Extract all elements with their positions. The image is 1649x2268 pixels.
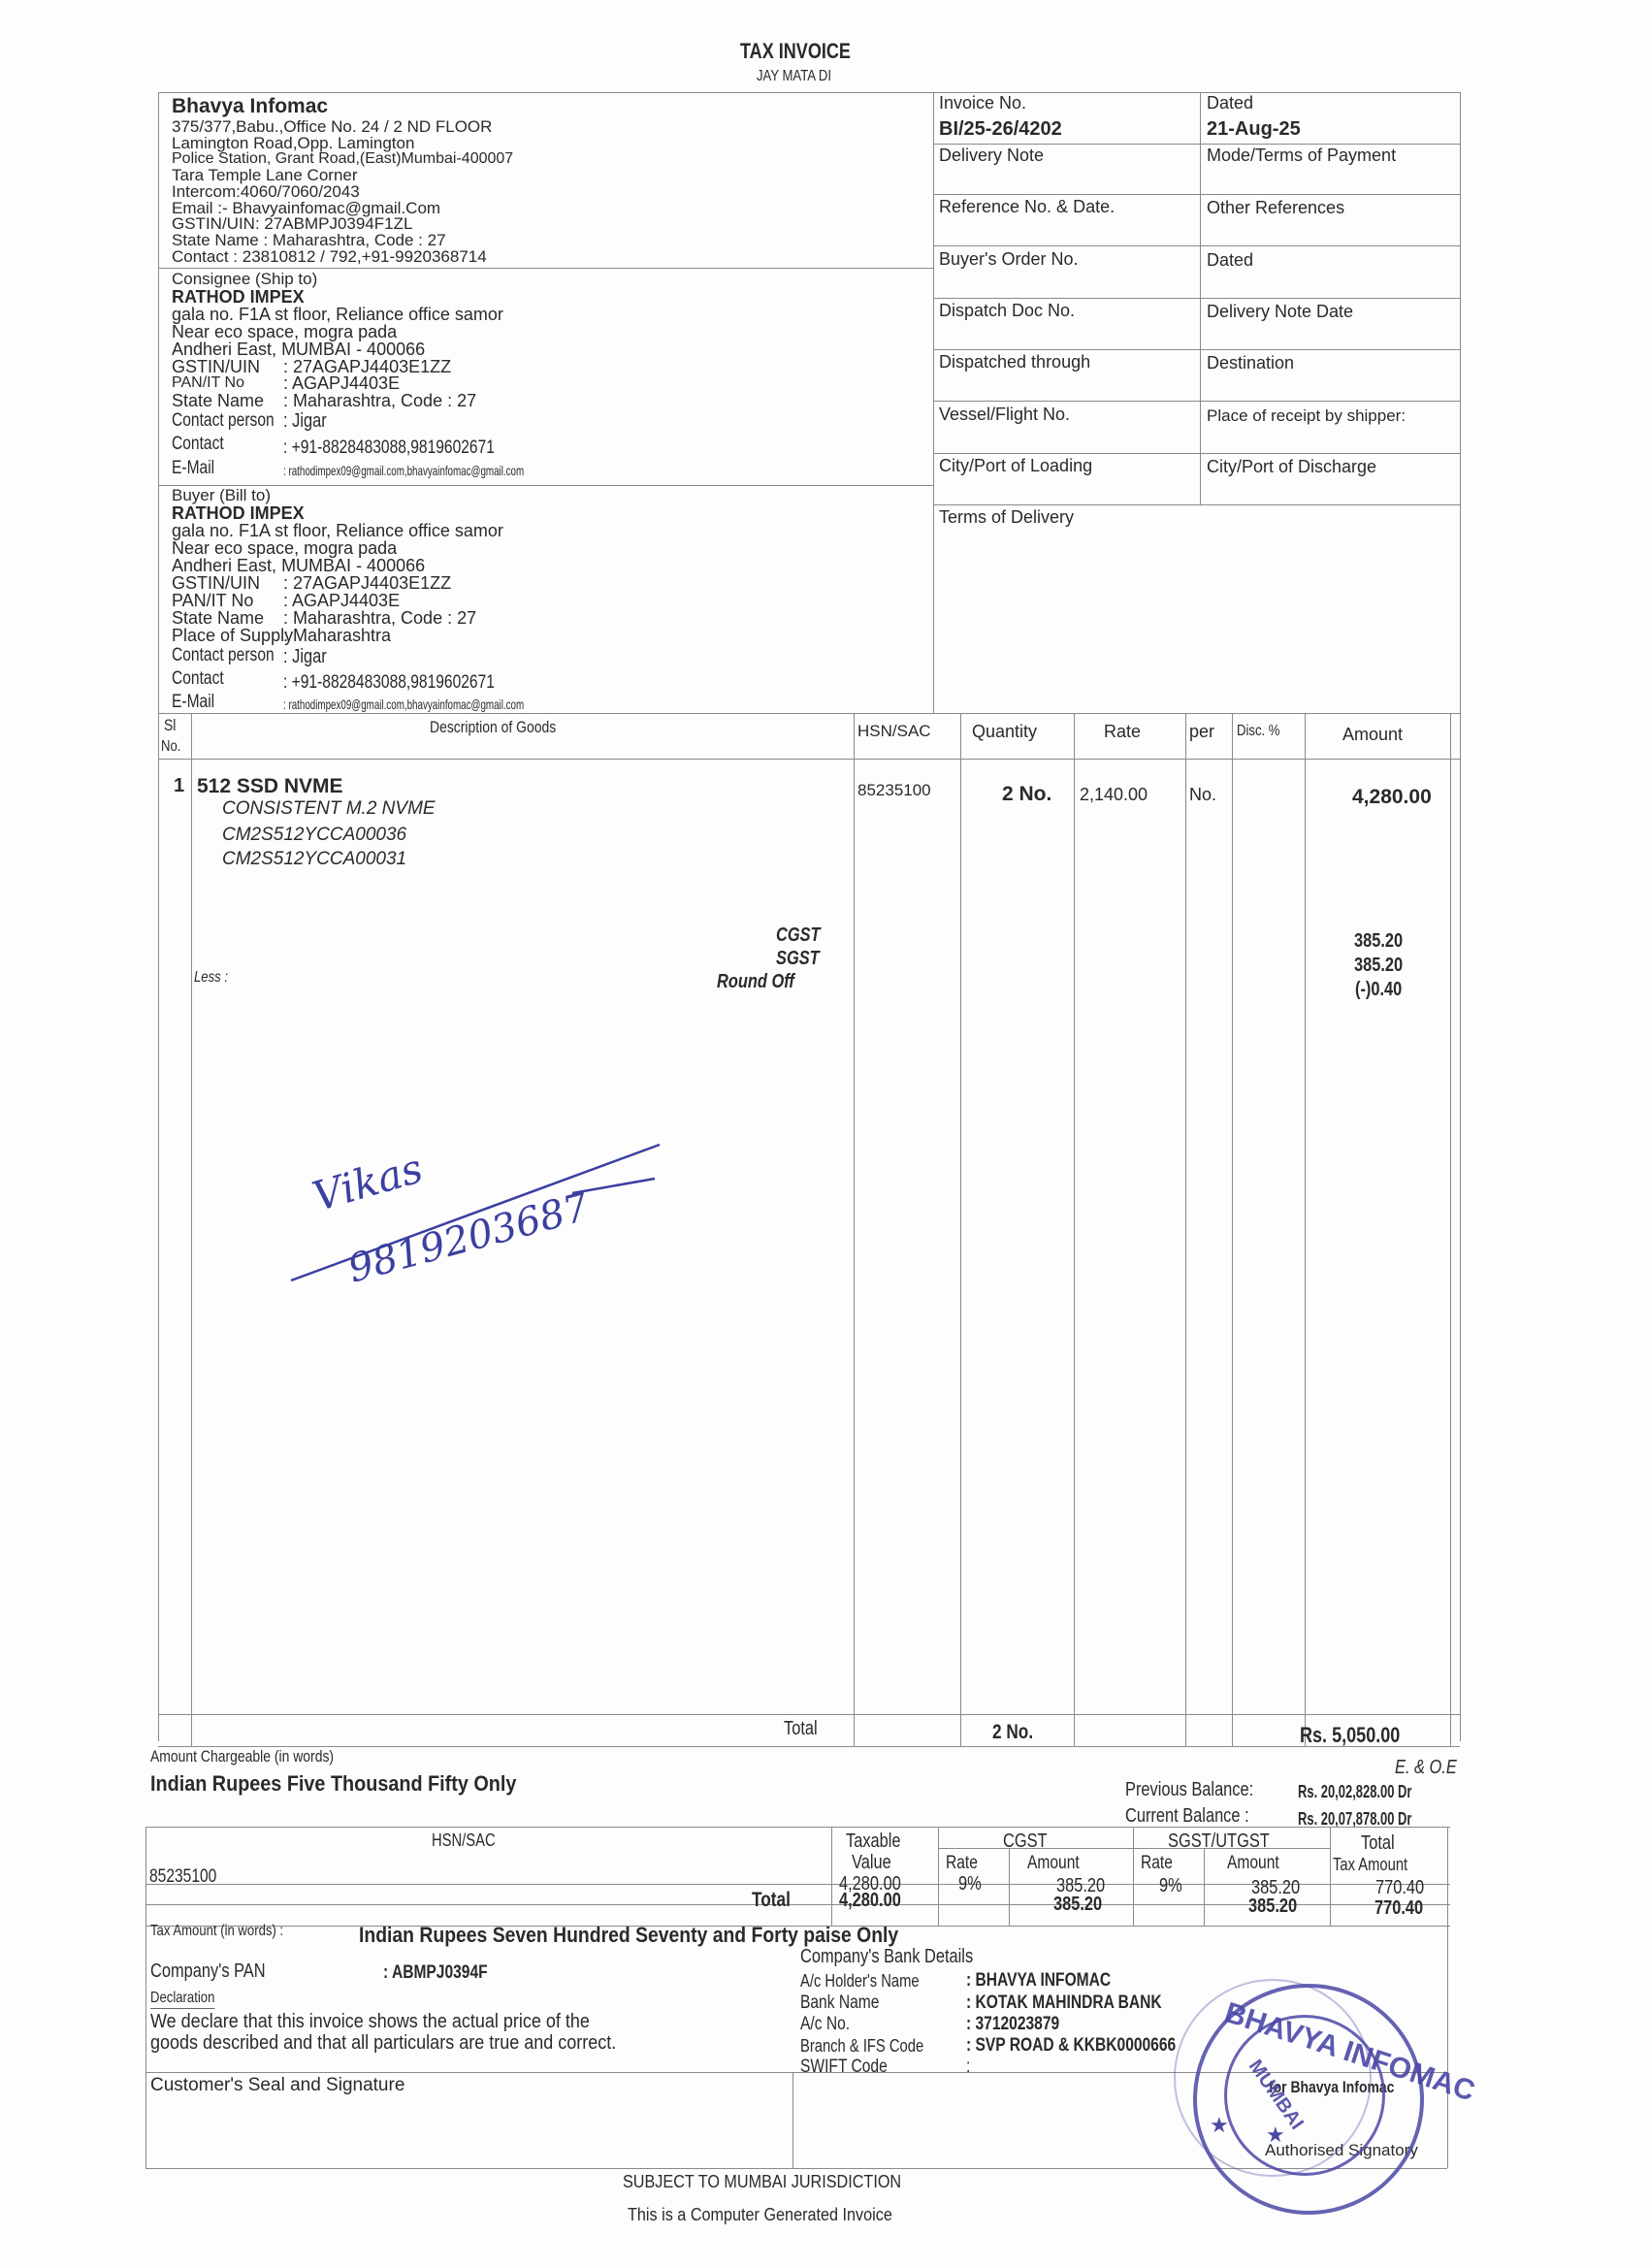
place-receipt-label: Place of receipt by shipper: xyxy=(1207,407,1406,424)
col-header-description: Description of Goods xyxy=(430,719,556,735)
consignee-heading: Consignee (Ship to) xyxy=(172,271,317,287)
consignee-address-line: Andheri East, MUMBAI - 400066 xyxy=(172,340,425,358)
item-serial: CM2S512YCCA00031 xyxy=(222,850,406,868)
tax-label-cgst: CGST xyxy=(776,925,821,945)
buyer-contact: : +91-8828483088,9819602671 xyxy=(283,673,495,692)
buyer-place-of-supply: : Maharashtra xyxy=(283,627,391,644)
field-label: State Name xyxy=(172,609,264,627)
tax-amount-cgst: 385.20 xyxy=(1354,931,1403,951)
col-header-sl: Sl xyxy=(164,717,176,733)
customer-seal-label: Customer's Seal and Signature xyxy=(150,2076,404,2094)
consignee-email: : rathodimpex09@gmail.com,bhavyainfomac@… xyxy=(283,464,524,477)
consignee-contact-person: : Jigar xyxy=(283,411,327,431)
dated-label: Dated xyxy=(1207,94,1253,112)
summary-header-cgst-rate: Rate xyxy=(946,1854,978,1872)
declaration-line: goods described and that all particulars… xyxy=(150,2033,616,2053)
summary-header-sgst-amount: Amount xyxy=(1227,1854,1279,1872)
summary-total-cgst: 385.20 xyxy=(1053,1895,1102,1914)
summary-sgst-amount: 385.20 xyxy=(1251,1878,1300,1897)
seller-address-line: 375/377,Babu.,Office No. 24 / 2 ND FLOOR xyxy=(172,118,492,135)
seller-intercom: Intercom:4060/7060/2043 xyxy=(172,183,360,200)
buyer-gstin: : 27AGAPJ4403E1ZZ xyxy=(283,574,451,592)
amount-words-label: Amount Chargeable (in words) xyxy=(150,1748,334,1765)
bank-name: : KOTAK MAHINDRA BANK xyxy=(966,1993,1162,2012)
invoice-no: BI/25-26/4202 xyxy=(939,119,1062,139)
company-pan: : ABMPJ0394F xyxy=(383,1963,488,1982)
delivery-note-label: Delivery Note xyxy=(939,146,1044,164)
bank-field-label: SWIFT Code xyxy=(800,2057,888,2076)
bank-swift: : xyxy=(966,2057,970,2076)
col-header-per: per xyxy=(1189,723,1214,740)
computer-generated-note: This is a Computer Generated Invoice xyxy=(628,2206,892,2223)
summary-total-tax-amount: 770.40 xyxy=(1374,1898,1423,1918)
bank-field-label: Bank Name xyxy=(800,1993,879,2012)
bank-holder-name: : BHAVYA INFOMAC xyxy=(966,1971,1111,1990)
bank-branch-ifsc: : SVP ROAD & KKBK0000666 xyxy=(966,2036,1176,2055)
seller-address-line: Tara Temple Lane Corner xyxy=(172,167,358,183)
declaration-line: We declare that this invoice shows the a… xyxy=(150,2012,590,2031)
invoice-date: 21-Aug-25 xyxy=(1207,119,1301,139)
buyer-heading: Buyer (Bill to) xyxy=(172,487,271,503)
amount-words-value: Indian Rupees Five Thousand Fifty Only xyxy=(150,1773,516,1795)
total-label: Total xyxy=(784,1719,818,1738)
total-quantity: 2 No. xyxy=(992,1722,1033,1742)
delivery-note-date-label: Delivery Note Date xyxy=(1207,303,1353,320)
document-subtitle: JAY MATA DI xyxy=(757,69,831,84)
tax-words-label: Tax Amount (in words) : xyxy=(150,1924,283,1939)
buyer-email: : rathodimpex09@gmail.com,bhavyainfomac@… xyxy=(283,697,524,711)
eoe-label: E. & O.E xyxy=(1395,1758,1457,1777)
field-label: Place of Supply xyxy=(172,627,293,644)
less-label: Less : xyxy=(194,970,228,986)
current-balance: Rs. 20,07,878.00 Dr xyxy=(1298,1810,1411,1828)
summary-header-value: Value xyxy=(852,1853,891,1872)
document-title: TAX INVOICE xyxy=(740,41,851,62)
stamp-star-icon: ★ xyxy=(1210,2115,1229,2136)
buyer-pan: : AGAPJ4403E xyxy=(283,592,400,609)
col-header-rate: Rate xyxy=(1104,723,1141,740)
field-label: Contact xyxy=(172,435,224,453)
jurisdiction-note: SUBJECT TO MUMBAI JURISDICTION xyxy=(623,2173,901,2190)
col-header-quantity: Quantity xyxy=(972,723,1037,740)
buyer-order-dated-label: Dated xyxy=(1207,251,1253,269)
item-name: 512 SSD NVME xyxy=(197,776,343,796)
buyer-name: RATHOD IMPEX xyxy=(172,504,305,522)
item-hsn: 85235100 xyxy=(857,782,931,798)
buyer-address-line: Near eco space, mogra pada xyxy=(172,539,397,557)
summary-total-sgst: 385.20 xyxy=(1248,1896,1297,1916)
summary-hsn: 85235100 xyxy=(149,1867,216,1886)
summary-sgst-rate: 9% xyxy=(1159,1876,1182,1895)
buyer-address-line: Andheri East, MUMBAI - 400066 xyxy=(172,557,425,574)
summary-cgst-rate: 9% xyxy=(958,1874,982,1894)
port-loading-label: City/Port of Loading xyxy=(939,457,1092,474)
item-per: No. xyxy=(1189,786,1216,803)
field-label: E-Mail xyxy=(172,459,214,477)
consignee-address-line: Near eco space, mogra pada xyxy=(172,323,397,340)
bank-field-label: A/c No. xyxy=(800,2015,850,2033)
tax-amount-sgst: 385.20 xyxy=(1354,956,1403,975)
seller-address-line: Lamington Road,Opp. Lamington xyxy=(172,135,414,151)
port-discharge-label: City/Port of Discharge xyxy=(1207,458,1376,475)
field-label: E-Mail xyxy=(172,693,214,711)
bank-field-label: Branch & IFS Code xyxy=(800,2037,923,2055)
field-label: GSTIN/UIN xyxy=(172,358,260,375)
seller-address-line: Police Station, Grant Road,(East)Mumbai-… xyxy=(172,151,513,167)
tax-amount-round-off: (-)0.40 xyxy=(1355,980,1402,999)
buyer-order-label: Buyer's Order No. xyxy=(939,250,1078,268)
bank-heading: Company's Bank Details xyxy=(800,1947,973,1966)
consignee-state: : Maharashtra, Code : 27 xyxy=(283,392,476,409)
field-label: State Name xyxy=(172,392,264,409)
previous-balance: Rs. 20,02,828.00 Dr xyxy=(1298,1783,1411,1800)
tax-label-round-off: Round Off xyxy=(717,972,794,991)
field-label: GSTIN/UIN xyxy=(172,574,260,592)
company-pan-label: Company's PAN xyxy=(150,1961,266,1981)
item-rate: 2,140.00 xyxy=(1080,786,1148,803)
seller-state: State Name : Maharashtra, Code : 27 xyxy=(172,232,446,248)
summary-header-cgst: CGST xyxy=(1003,1831,1048,1851)
buyer-state: : Maharashtra, Code : 27 xyxy=(283,609,476,627)
consignee-pan: : AGAPJ4403E xyxy=(283,374,400,392)
summary-header-sgst-rate: Rate xyxy=(1141,1854,1173,1872)
seller-contact: Contact : 23810812 / 792,+91-9920368714 xyxy=(172,248,487,265)
field-label: PAN/IT No xyxy=(172,375,244,391)
buyer-address-line: gala no. F1A st floor, Reliance office s… xyxy=(172,522,503,539)
tax-words-value: Indian Rupees Seven Hundred Seventy and … xyxy=(359,1925,898,1946)
summary-header-taxable: Taxable xyxy=(846,1831,901,1851)
item-serial: CM2S512YCCA00036 xyxy=(222,826,406,844)
field-label: Contact person xyxy=(172,411,275,430)
col-header-amount: Amount xyxy=(1342,726,1403,743)
field-label: PAN/IT No xyxy=(172,592,253,609)
summary-cgst-amount: 385.20 xyxy=(1056,1876,1105,1895)
col-header-disc: Disc. % xyxy=(1237,724,1279,739)
seller-name: Bhavya Infomac xyxy=(172,96,328,116)
summary-header-tax-amount: Tax Amount xyxy=(1333,1856,1407,1873)
consignee-address-line: gala no. F1A st floor, Reliance office s… xyxy=(172,306,503,323)
summary-header-hsn: HSN/SAC xyxy=(432,1831,496,1849)
bank-account-no: : 3712023879 xyxy=(966,2015,1059,2033)
item-quantity: 2 No. xyxy=(1002,784,1051,804)
summary-total-label: Total xyxy=(752,1890,791,1910)
seller-gstin: GSTIN/UIN: 27ABMPJ0394F1ZL xyxy=(172,215,412,232)
summary-total-taxable: 4,280.00 xyxy=(839,1891,901,1910)
previous-balance-label: Previous Balance: xyxy=(1125,1780,1253,1799)
item-sl: 1 xyxy=(174,776,184,795)
other-references-label: Other References xyxy=(1207,199,1344,216)
terms-delivery-label: Terms of Delivery xyxy=(939,508,1074,526)
bank-field-label: A/c Holder's Name xyxy=(800,1972,920,1990)
declaration-label: Declaration xyxy=(150,1991,214,2009)
summary-header-sgst: SGST/UTGST xyxy=(1168,1831,1270,1851)
buyer-contact-person: : Jigar xyxy=(283,647,327,666)
current-balance-label: Current Balance : xyxy=(1125,1806,1249,1826)
summary-header-total: Total xyxy=(1361,1833,1395,1853)
field-label: Contact person xyxy=(172,646,275,664)
destination-label: Destination xyxy=(1207,354,1294,372)
total-amount: Rs. 5,050.00 xyxy=(1300,1725,1400,1746)
item-detail: CONSISTENT M.2 NVME xyxy=(222,799,436,818)
consignee-contact: : +91-8828483088,9819602671 xyxy=(283,438,495,457)
summary-total-tax: 770.40 xyxy=(1375,1878,1424,1897)
item-amount: 4,280.00 xyxy=(1352,787,1432,807)
reference-label: Reference No. & Date. xyxy=(939,198,1115,215)
stamp-star-icon: ★ xyxy=(1266,2124,1285,2146)
col-header-hsn: HSN/SAC xyxy=(857,723,931,739)
tax-label-sgst: SGST xyxy=(776,949,820,968)
summary-header-cgst-amount: Amount xyxy=(1027,1854,1080,1872)
vessel-label: Vessel/Flight No. xyxy=(939,405,1070,423)
dispatched-through-label: Dispatched through xyxy=(939,353,1090,371)
consignee-name: RATHOD IMPEX xyxy=(172,288,305,306)
dispatch-doc-label: Dispatch Doc No. xyxy=(939,302,1075,319)
payment-terms-label: Mode/Terms of Payment xyxy=(1207,146,1396,164)
invoice-no-label: Invoice No. xyxy=(939,94,1026,112)
field-label: Contact xyxy=(172,669,224,688)
col-header-sl-no: No. xyxy=(161,739,180,755)
